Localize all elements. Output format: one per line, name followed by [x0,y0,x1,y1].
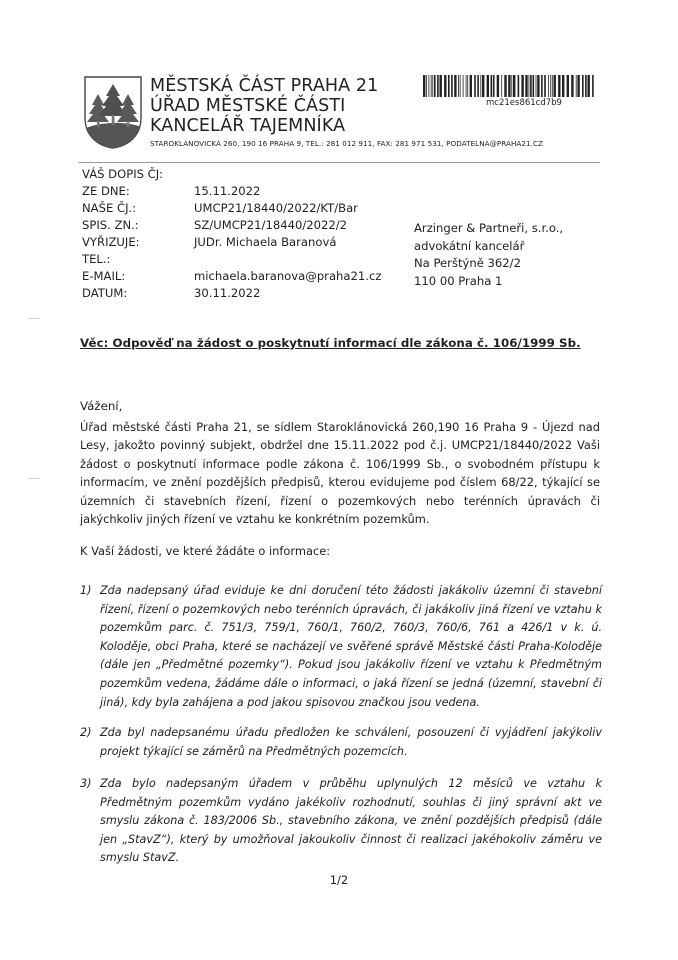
reference-row: SPIS. ZN.:SZ/UMCP21/18440/2022/2 [82,217,381,234]
reference-value: 30.11.2022 [194,285,260,302]
reference-value: michaela.baranova@praha21.cz [194,268,381,285]
request-item: 1) Zda nadepsaný úřad eviduje ke dni dor… [80,582,602,712]
reference-block: VÁŠ DOPIS ČJ:ZE DNE:15.11.2022NAŠE ČJ.:U… [82,166,381,302]
request-number: 3) [80,775,100,868]
body-paragraph: Úřad městské části Praha 21, se sídlem S… [80,418,600,528]
reference-row: VÁŠ DOPIS ČJ: [82,166,381,183]
letter-page: MĚSTSKÁ ČÁST PRAHA 21 ÚŘAD MĚSTSKÉ ČÁSTI… [0,0,678,960]
recipient-line: 110 00 Praha 1 [414,273,563,291]
page-number: 1/2 [0,873,678,887]
header-divider [78,162,600,163]
request-number: 1) [80,582,100,712]
reference-row: NAŠE ČJ.:UMCP21/18440/2022/KT/Bar [82,200,381,217]
request-item: 2) Zda byl nadepsanému úřadu předložen k… [80,724,602,761]
request-number: 2) [80,724,100,761]
greeting: Vážení, [80,399,122,413]
punch-mark [28,478,40,479]
reference-label: VÁŠ DOPIS ČJ: [82,166,194,183]
coat-of-arms-trees-icon [82,74,144,150]
recipient-line: Na Perštýně 362/2 [414,255,563,273]
reference-value: 15.11.2022 [194,183,260,200]
reference-row: E-MAIL:michaela.baranova@praha21.cz [82,268,381,285]
barcode-text: mc21es861cd7b9 [423,98,595,108]
reference-value: UMCP21/18440/2022/KT/Bar [194,200,358,217]
reference-label: VYŘIZUJE: [82,234,194,251]
reference-value: JUDr. Michaela Baranová [194,234,336,251]
reference-row: TEL.: [82,251,381,268]
request-text: Zda byl nadepsanému úřadu předložen ke s… [100,724,602,761]
subject-line: Věc: Odpověď na žádost o poskytnutí info… [80,336,581,350]
barcode-icon [423,75,595,97]
reference-label: SPIS. ZN.: [82,217,194,234]
org-address: STAROKLÁNOVICKÁ 260, 190 16 PRAHA 9, TEL… [150,139,543,149]
request-item: 3) Zda bylo nadepsaným úřadem v průběhu … [80,775,602,868]
reference-value: SZ/UMCP21/18440/2022/2 [194,217,347,234]
reference-label: NAŠE ČJ.: [82,200,194,217]
recipient-address: Arzinger & Partneři, s.r.o.,advokátní ka… [414,220,563,290]
reference-label: TEL.: [82,251,194,268]
reference-row: DATUM:30.11.2022 [82,285,381,302]
org-department: KANCELÁŘ TAJEMNÍKA [150,116,543,136]
reference-label: DATUM: [82,285,194,302]
reference-label: ZE DNE: [82,183,194,200]
fold-mark [28,318,40,319]
recipient-line: Arzinger & Partneři, s.r.o., [414,220,563,238]
recipient-line: advokátní kancelář [414,238,563,256]
barcode: mc21es861cd7b9 [423,75,595,108]
reference-row: ZE DNE:15.11.2022 [82,183,381,200]
reference-row: VYŘIZUJE:JUDr. Michaela Baranová [82,234,381,251]
request-text: Zda bylo nadepsaným úřadem v průběhu upl… [100,775,602,868]
request-text: Zda nadepsaný úřad eviduje ke dni doruče… [100,582,602,712]
reference-label: E-MAIL: [82,268,194,285]
body-paragraph: K Vaší žádosti, ve které žádáte o inform… [80,542,600,560]
